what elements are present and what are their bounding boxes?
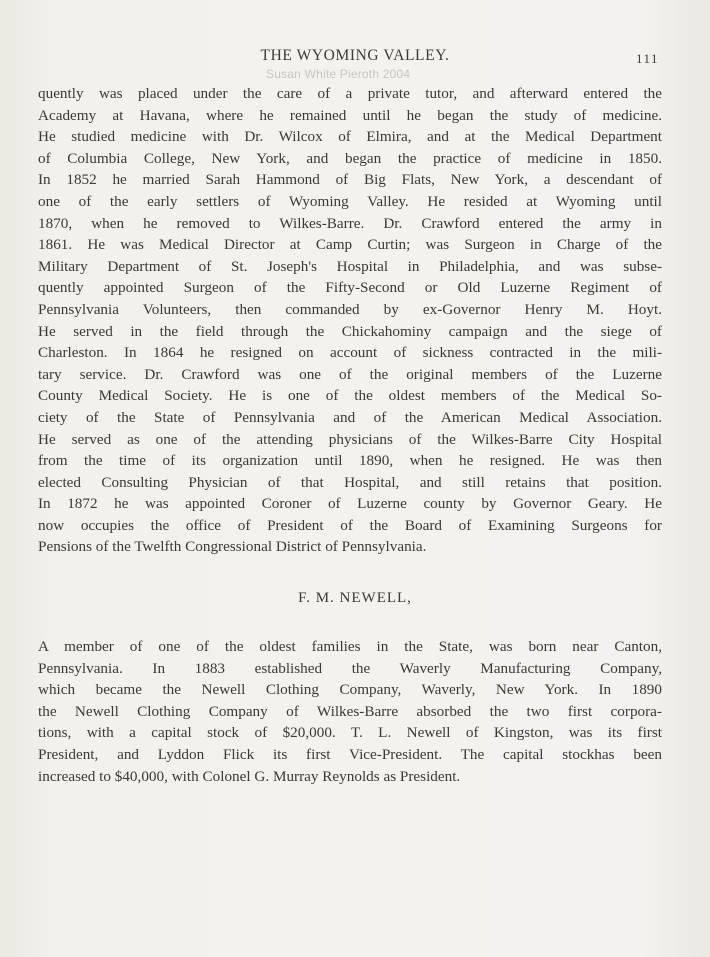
section-heading-newell: F. M. NEWELL, (0, 590, 710, 607)
watermark: Susan White Pieroth 2004 (266, 67, 410, 81)
newell-biography-paragraph: A member of one of the oldest families i… (38, 636, 662, 787)
text-line: from the time of its organization until … (38, 450, 662, 472)
text-line: of Columbia College, New York, and began… (38, 148, 662, 170)
running-title: THE WYOMING VALLEY. (0, 47, 710, 65)
text-line: 1861. He was Medical Director at Camp Cu… (38, 234, 662, 256)
text-line: He served as one of the attending physic… (38, 429, 662, 451)
text-line: He studied medicine with Dr. Wilcox of E… (38, 126, 662, 148)
text-line: tary service. Dr. Crawford was one of th… (38, 364, 662, 386)
text-line: now occupies the office of President of … (38, 515, 662, 537)
book-page: THE WYOMING VALLEY. 111 Susan White Pier… (0, 0, 710, 957)
text-line: one of the early settlers of Wyoming Val… (38, 191, 662, 213)
text-line: President, and Lyddon Flick its first Vi… (38, 744, 662, 766)
text-line: In 1852 he married Sarah Hammond of Big … (38, 169, 662, 191)
crawford-biography-paragraph: quently was placed under the care of a p… (38, 83, 662, 558)
text-line: elected Consulting Physician of that Hos… (38, 472, 662, 494)
text-line: Pensions of the Twelfth Congressional Di… (38, 536, 662, 558)
text-line: tions, with a capital stock of $20,000. … (38, 722, 662, 744)
text-line: County Medical Society. He is one of the… (38, 385, 662, 407)
text-line: Academy at Havana, where he remained unt… (38, 105, 662, 127)
text-line: the Newell Clothing Company of Wilkes-Ba… (38, 701, 662, 723)
text-line: Pennsylvania. In 1883 established the Wa… (38, 658, 662, 680)
text-line: In 1872 he was appointed Coroner of Luze… (38, 493, 662, 515)
page-number: 111 (636, 51, 659, 67)
text-line: ciety of the State of Pennsylvania and o… (38, 407, 662, 429)
text-line: which became the Newell Clothing Company… (38, 679, 662, 701)
text-line: Military Department of St. Joseph's Hosp… (38, 256, 662, 278)
text-line: A member of one of the oldest families i… (38, 636, 662, 658)
text-line: quently appointed Surgeon of the Fifty-S… (38, 277, 662, 299)
text-line: quently was placed under the care of a p… (38, 83, 662, 105)
text-line: Charleston. In 1864 he resigned on accou… (38, 342, 662, 364)
text-line: 1870, when he removed to Wilkes-Barre. D… (38, 213, 662, 235)
text-line: increased to $40,000, with Colonel G. Mu… (38, 766, 662, 788)
text-line: He served in the field through the Chick… (38, 321, 662, 343)
text-line: Pennsylvania Volunteers, then commanded … (38, 299, 662, 321)
